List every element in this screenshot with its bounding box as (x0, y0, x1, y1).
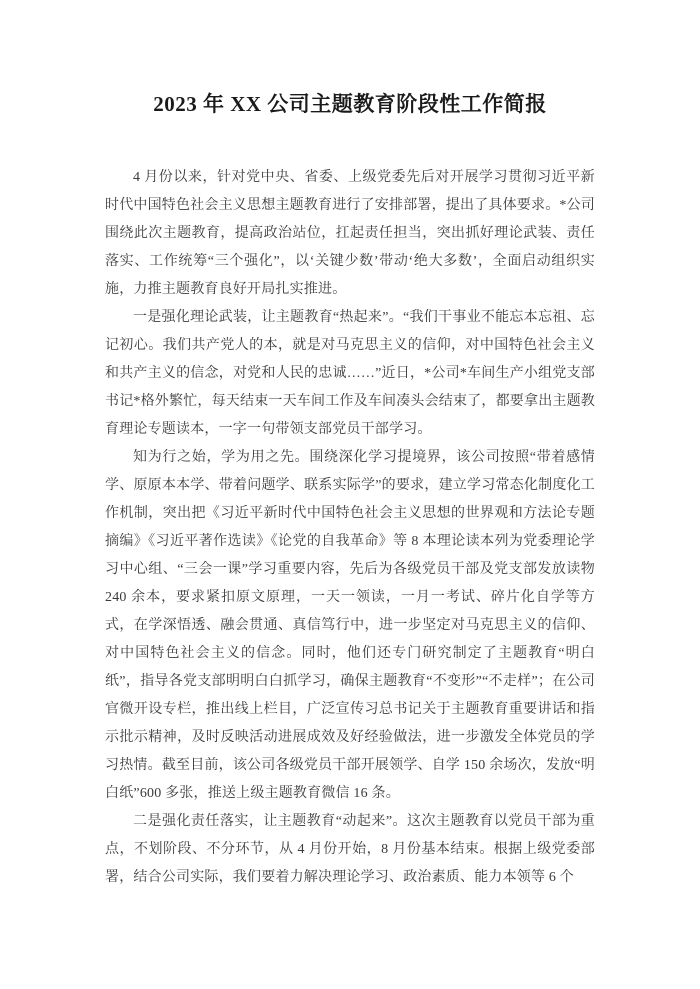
document-body: 4 月份以来，针对党中央、省委、上级党委先后对开展学习贯彻习近平新时代中国特色社… (105, 164, 595, 892)
document-page: 2023 年 XX 公司主题教育阶段性工作简报 4 月份以来，针对党中央、省委、… (0, 0, 700, 989)
paragraph-section-two-responsibility: 二是强化责任落实，让主题教育“动起来”。这次主题教育以党员干部为重点，不划阶段、… (105, 808, 595, 892)
paragraph-section-one-theory: 一是强化理论武装，让主题教育“热起来”。“我们干事业不能忘本忘祖、忘记初心。我们… (105, 304, 595, 444)
paragraph-study-mechanism: 知为行之始，学为用之先。围绕深化学习提境界，该公司按照“带着感情学、原原本本学、… (105, 444, 595, 808)
paragraph-intro: 4 月份以来，针对党中央、省委、上级党委先后对开展学习贯彻习近平新时代中国特色社… (105, 164, 595, 304)
document-title: 2023 年 XX 公司主题教育阶段性工作简报 (0, 0, 700, 118)
